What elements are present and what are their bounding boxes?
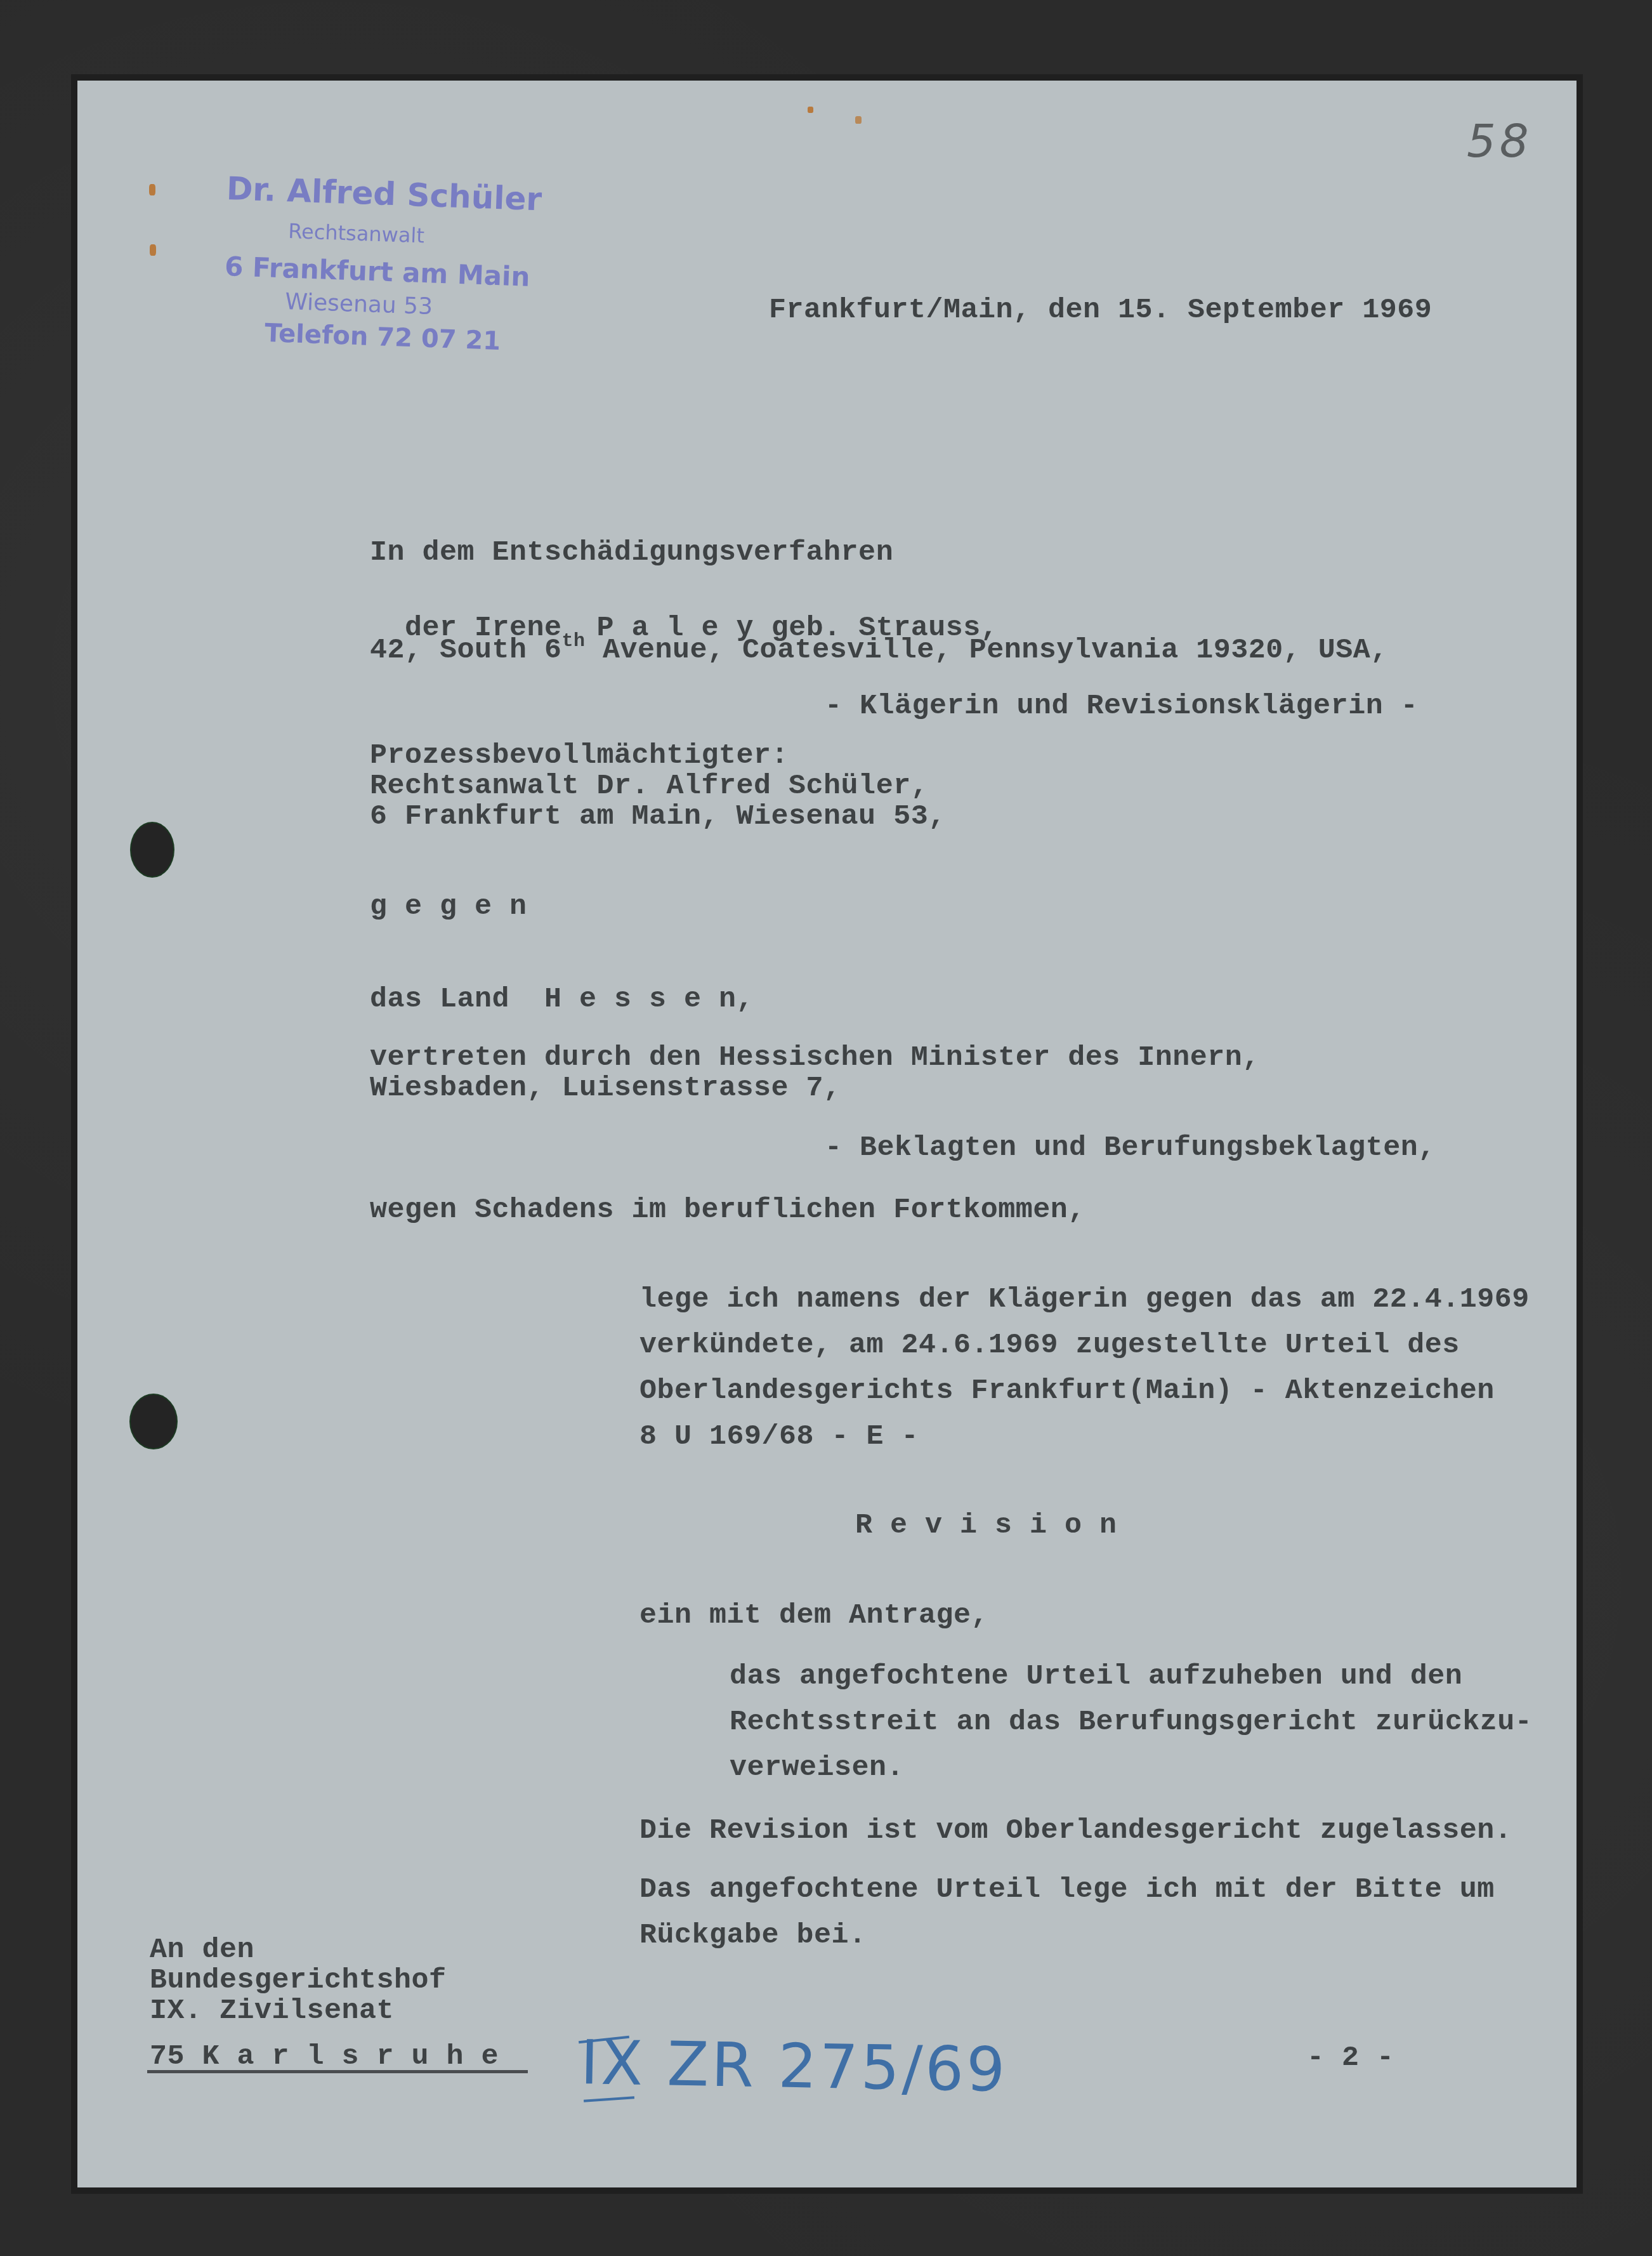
appeal-line-4: 8 U 169/68 - E - xyxy=(639,1422,919,1451)
handwritten-case-number: IX ZR 275/69 xyxy=(580,2027,1008,2106)
counsel-label: Prozessbevollmächtigter: xyxy=(370,741,789,770)
represented-by: vertreten durch den Hessischen Minister … xyxy=(370,1043,1260,1072)
handwritten-folio-number: 58 xyxy=(1467,114,1533,168)
counsel-name: Rechtsanwalt Dr. Alfred Schüler, xyxy=(370,772,928,800)
proceedings-intro: In dem Entschädigungsverfahren xyxy=(370,538,893,567)
motion-line-2: Rechtsstreit an das Berufungsgericht zur… xyxy=(730,1708,1532,1736)
recipient-city-underline xyxy=(147,2070,528,2073)
appeal-line-3: Oberlandesgerichts Frankfurt(Main) - Akt… xyxy=(639,1376,1495,1405)
address-street-number: 42, South 6 xyxy=(370,634,562,666)
appeal-line-1: lege ich namens der Klägerin gegen das a… xyxy=(639,1285,1530,1314)
subject-line: wegen Schadens im beruflichen Fortkommen… xyxy=(370,1196,1085,1224)
appeal-line-2: verkündete, am 24.6.1969 zugestellte Urt… xyxy=(639,1331,1460,1359)
recipient-line-2: Bundesgerichtshof xyxy=(150,1966,447,1995)
address-ordinal-suffix: th xyxy=(562,631,586,652)
defendant-name: H e s s e n, xyxy=(544,983,754,1015)
punch-hole-top xyxy=(131,823,173,876)
rust-spot xyxy=(150,244,156,256)
stamp-street: Wiesenau 53 xyxy=(285,289,433,320)
defendant-role: - Beklagten und Berufungsbeklagten, xyxy=(825,1133,1436,1162)
address-city-state: Avenue, Coatesville, Pennsylvania 19320,… xyxy=(586,634,1388,666)
admitted-statement: Die Revision ist vom Oberlandesgericht z… xyxy=(639,1816,1512,1845)
motion-line-1: das angefochtene Urteil aufzuheben und d… xyxy=(730,1662,1462,1691)
recipient-line-3: IX. Zivilsenat xyxy=(150,1996,394,2025)
defendant-prefix: das Land xyxy=(370,983,509,1015)
stamp-title: Rechtsanwalt xyxy=(288,219,425,247)
rust-spot xyxy=(149,184,155,195)
defendant-line: das Land H e s s e n, xyxy=(370,985,754,1013)
rust-spot xyxy=(808,107,813,113)
punch-hole-bottom xyxy=(131,1395,176,1448)
enclosure-line-2: Rückgabe bei. xyxy=(639,1921,867,1949)
enclosure-line-1: Das angefochtene Urteil lege ich mit der… xyxy=(639,1875,1495,1904)
represented-address: Wiesbaden, Luisenstrasse 7, xyxy=(370,1074,841,1102)
motion-line-3: verweisen. xyxy=(730,1753,904,1782)
page-footer: - 2 - xyxy=(1307,2043,1394,2072)
revision-heading: R e v i s i o n xyxy=(855,1511,1117,1540)
against-label: g e g e n xyxy=(370,892,527,921)
plaintiff-role: - Klägerin und Revisionsklägerin - xyxy=(825,692,1418,720)
plaintiff-address: 42, South 6th Avenue, Coatesville, Penns… xyxy=(370,632,1388,664)
motion-intro: ein mit dem Antrage, xyxy=(639,1601,988,1630)
rust-spot xyxy=(855,116,862,124)
date-line: Frankfurt/Main, den 15. September 1969 xyxy=(769,296,1432,324)
recipient-line-1: An den xyxy=(150,1936,254,1964)
counsel-address: 6 Frankfurt am Main, Wiesenau 53, xyxy=(370,802,946,831)
recipient-city: 75 K a r l s r u h e xyxy=(150,2042,499,2071)
